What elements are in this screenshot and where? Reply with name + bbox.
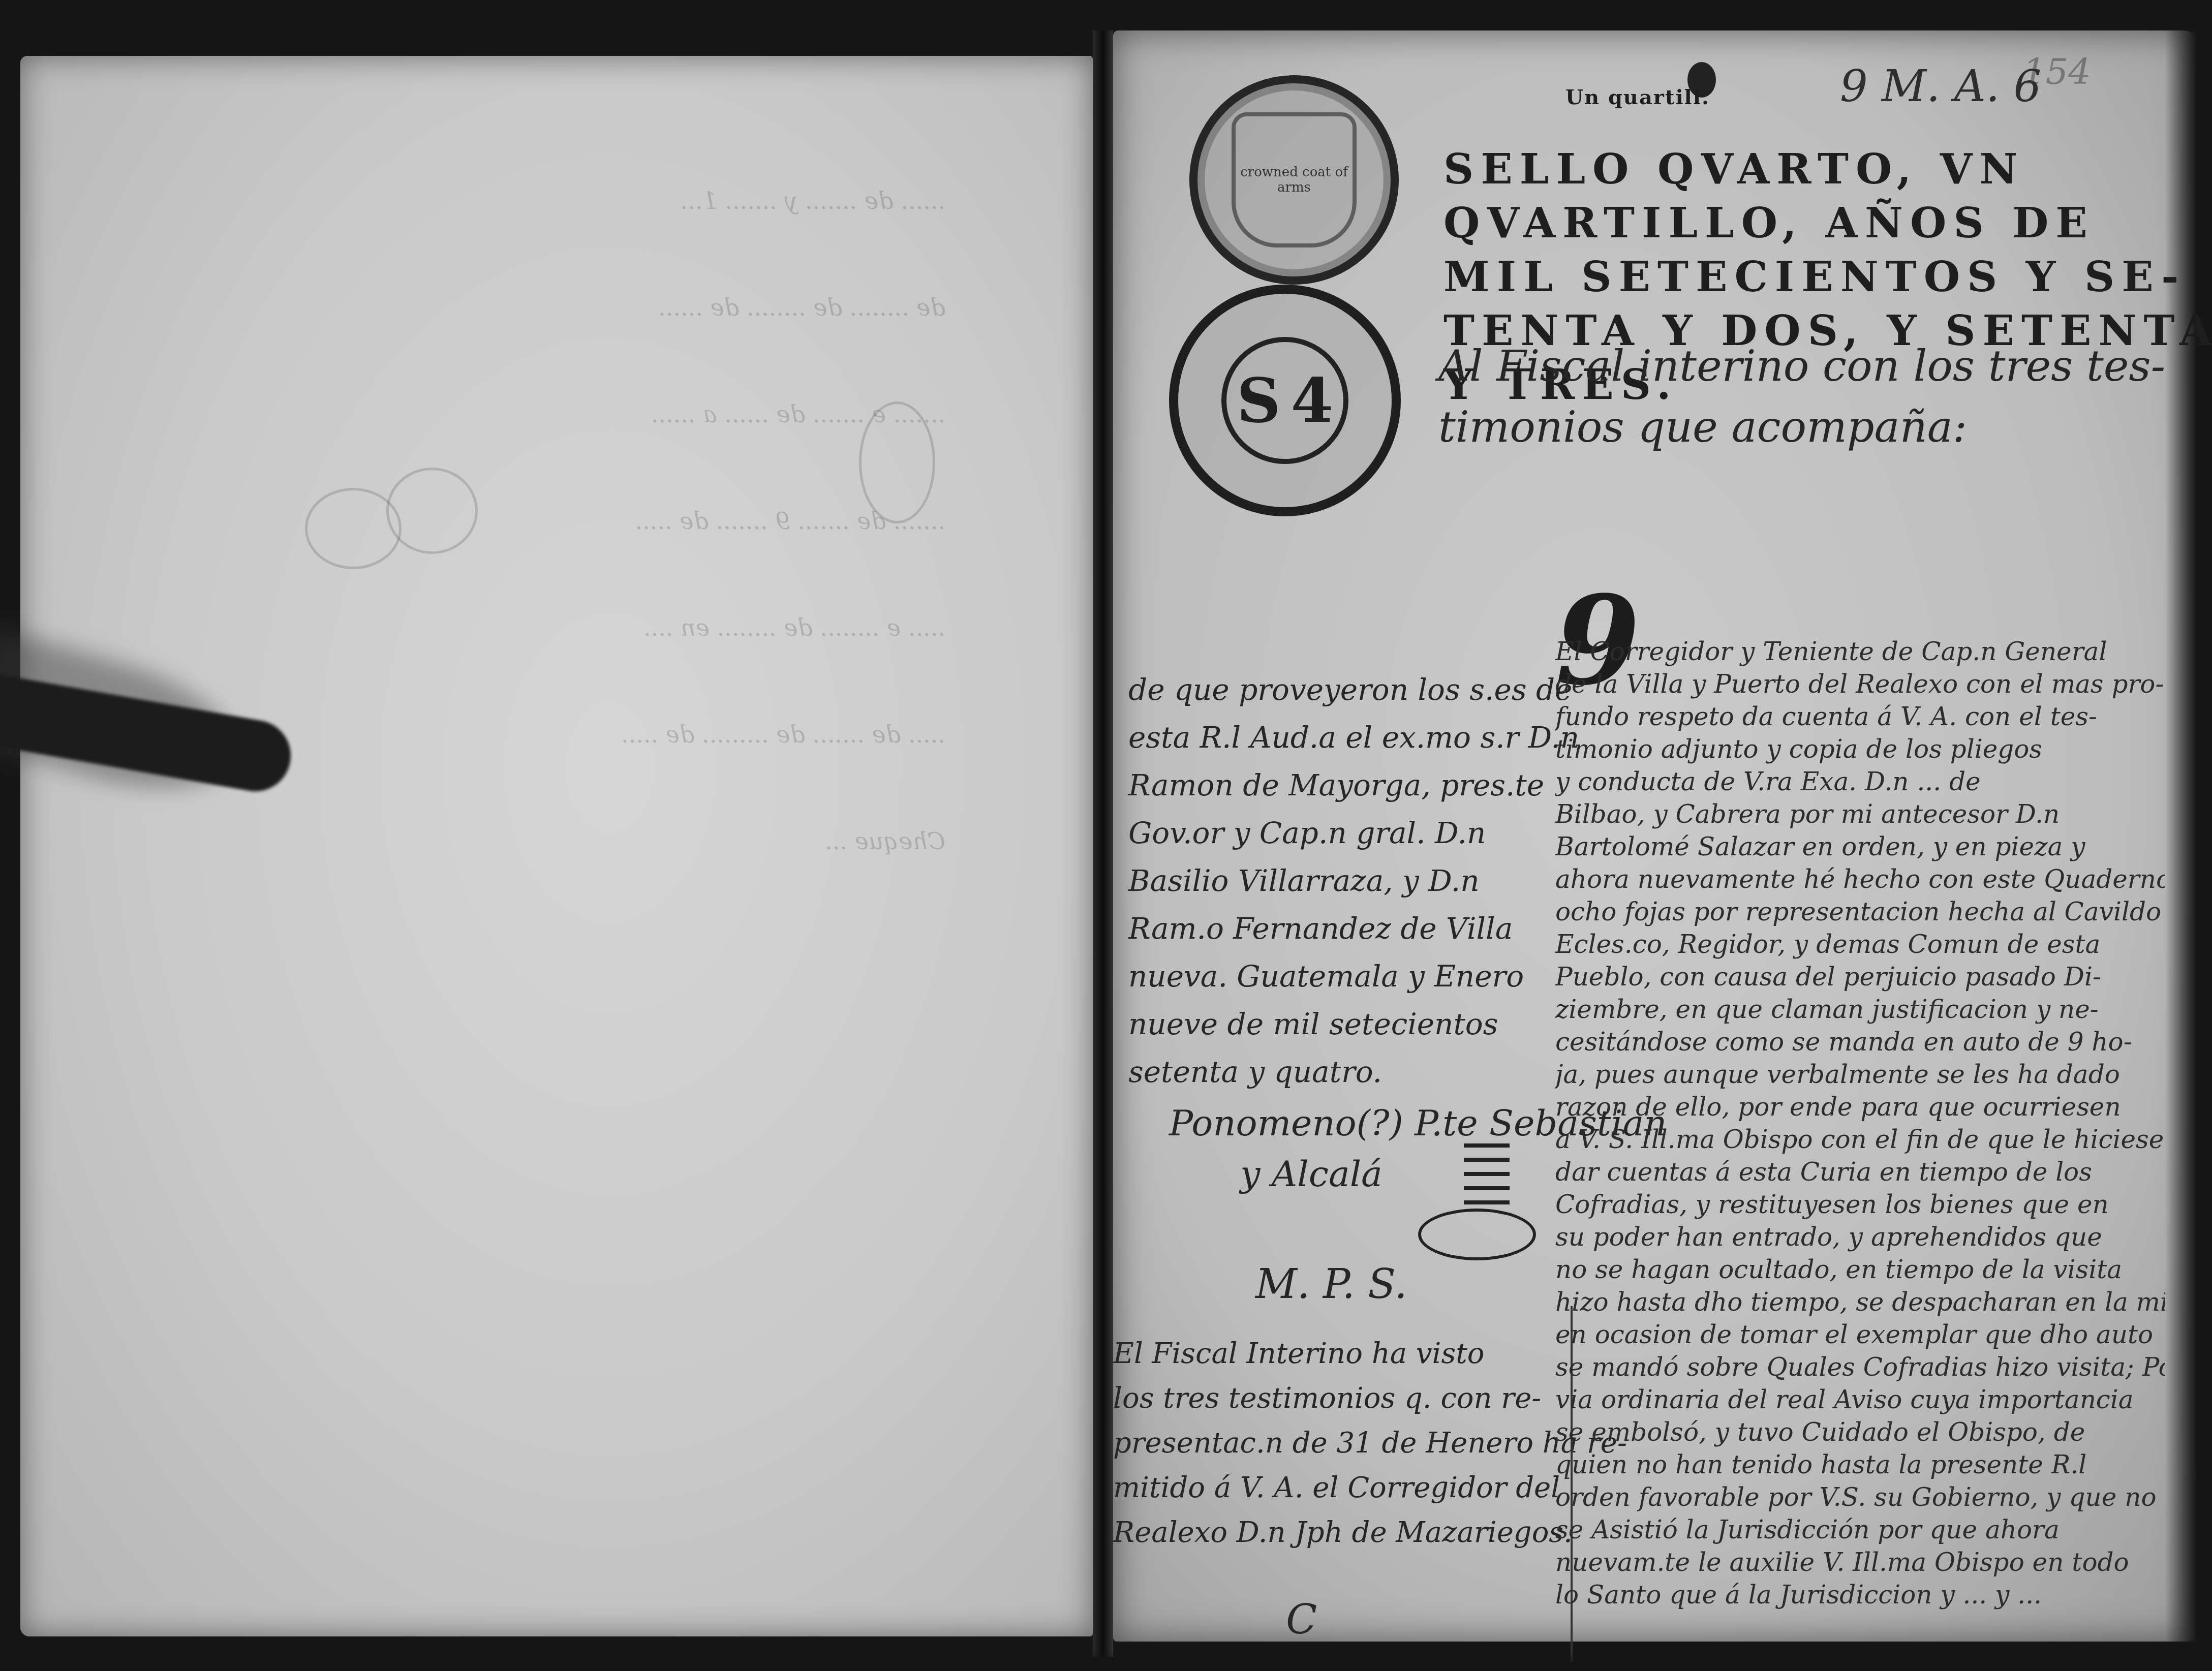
fiscal-opinion: El Fiscal Interino ha visto los tres tes… — [1113, 1332, 1571, 1555]
decree-line: Basilio Villarraza, y D.n — [1128, 857, 1571, 905]
bleed-line: de ........ de ........ de ...... — [234, 290, 945, 325]
main-line: Cofradias, y restituyesen los bienes que… — [1555, 1188, 2165, 1221]
bleed-line: ..... e ........ de ........ en .... — [234, 610, 945, 645]
main-line: Bilbao, y Cabrera por mi antecesor D.n — [1555, 798, 2165, 830]
bleed-line: Cheque ... — [234, 823, 945, 859]
main-line: a V. S. Ill.ma Obispo con el fin de que … — [1555, 1123, 2165, 1156]
main-line: Ecles.co, Regidor, y demas Comun de esta — [1555, 928, 2165, 961]
main-line: nuevam.te le auxilie V. Ill.ma Obispo en… — [1555, 1546, 2165, 1579]
main-line: hizo hasta dho tiempo, se despacharan en… — [1555, 1286, 2165, 1318]
fiscal-line: Realexo D.n Jph de Mazariegos. — [1113, 1510, 1571, 1555]
main-line: de la Villa y Puerto del Realexo con el … — [1555, 668, 2165, 700]
fiscal-line: El Fiscal Interino ha visto — [1113, 1332, 1571, 1376]
bleed-line: ....... e ....... de ...... a ...... — [234, 396, 945, 432]
bleed-line: ..... de ....... de ......... de ..... — [234, 717, 945, 752]
stamp-letter: S — [1237, 365, 1281, 437]
page-edge-shadow — [2165, 30, 2196, 1642]
bleed-line: ...... de ....... y ....... 1... — [234, 183, 945, 219]
decree-line: Ram.o Fernandez de Villa — [1128, 905, 1571, 952]
bleed-flourish-icon — [305, 488, 402, 569]
main-line: su poder han entrado, y aprehendidos que — [1555, 1221, 2165, 1253]
stamp-value: 4 — [1291, 365, 1334, 437]
main-line: no se hagan ocultado, en tiempo de la vi… — [1555, 1253, 2165, 1286]
header-line: SELLO QVARTO, VN — [1443, 142, 2114, 196]
folio-number: 154 — [2023, 51, 2091, 92]
main-line: dar cuentas á esta Curia en tiempo de lo… — [1555, 1156, 2165, 1188]
fiscal-line: mitido á V. A. el Corregidor del — [1113, 1466, 1571, 1510]
signature-rubric-icon — [1418, 1143, 1530, 1260]
main-line: Pueblo, con causa del perjuicio pasado D… — [1555, 961, 2165, 993]
microfilm-frame: ...... de ....... y ....... 1... de ....… — [0, 0, 2212, 1671]
main-line: ja, pues aunque verbalmente se les ha da… — [1555, 1058, 2165, 1091]
main-line: se mandó sobre Quales Cofradias hizo vis… — [1555, 1351, 2165, 1383]
stamp-center: S 4 — [1221, 337, 1348, 464]
frame-bottom-shadow — [0, 1651, 2212, 1671]
main-line: quien no han tenido hasta la presente R.… — [1555, 1448, 2165, 1481]
decree-line: Gov.or y Cap.n gral. D.n — [1128, 809, 1571, 857]
decree-line: setenta y quatro. — [1128, 1048, 1571, 1096]
decree-line: de que proveyeron los s.es de — [1128, 666, 1571, 714]
decree-line: nueve de mil setecientos — [1128, 1000, 1571, 1048]
rubric-strokes — [1464, 1143, 1510, 1215]
main-line: ahora nuevamente hé hecho con este Quade… — [1555, 863, 2165, 895]
value-stamp: S 4 — [1169, 285, 1401, 516]
coat-of-arms-icon: crowned coat of arms — [1232, 112, 1357, 247]
main-line: en ocasion de tomar el exemplar que dho … — [1555, 1318, 2165, 1351]
fiscal-line: presentac.n de 31 de Henero ha re- — [1113, 1421, 1571, 1466]
main-line: se Asistió la Jurisdicción por que ahora — [1555, 1513, 2165, 1546]
left-page: ...... de ....... y ....... 1... de ....… — [20, 56, 1093, 1636]
main-line: fundo respeto da cuenta á V. A. con el t… — [1555, 700, 2165, 733]
sealed-paper-label: Un quartill. — [1565, 85, 1710, 109]
main-line: Bartolomé Salazar en orden, y en pieza y — [1555, 830, 2165, 863]
document-title: Al Fiscal interino con los tres tes- tim… — [1438, 335, 2165, 457]
book-gutter — [1093, 30, 1113, 1657]
fiscal-line: los tres testimonios q. con re- — [1113, 1376, 1571, 1421]
main-line: ziembre, en que claman justificacion y n… — [1555, 993, 2165, 1026]
decree-line: Ramon de Mayorga, pres.te — [1128, 761, 1571, 809]
title-line: timonios que acompaña: — [1438, 396, 2165, 457]
main-line: y conducta de V.ra Exa. D.n ... de — [1555, 765, 2165, 798]
header-line: QVARTILLO, AÑOS DE — [1443, 196, 2114, 250]
main-line: cesitándose como se manda en auto de 9 h… — [1555, 1026, 2165, 1058]
rubric-loop — [1418, 1209, 1536, 1260]
main-line: orden favorable por V.S. su Gobierno, y … — [1555, 1481, 2165, 1513]
main-line: ocho fojas por representacion hecha al C… — [1555, 895, 2165, 928]
bleed-flourish-icon — [859, 401, 935, 523]
bleed-flourish-icon — [386, 468, 478, 554]
header-line: MIL SETECIENTOS Y SE- — [1443, 250, 2114, 304]
fiscal-salutation: M. P. S. — [1255, 1260, 1407, 1308]
main-text-column: El Corregidor y Teniente de Cap.n Genera… — [1555, 635, 2165, 1611]
main-line: via ordinaria del real Aviso cuya import… — [1555, 1383, 2165, 1416]
main-line: se embolsó, y tuvo Cuidado el Obispo, de — [1555, 1416, 2165, 1448]
main-line: El Corregidor y Teniente de Cap.n Genera… — [1555, 635, 2165, 668]
folio-mark: 9 M. A. 6 — [1840, 61, 2041, 112]
margin-decree: de que proveyeron los s.es de esta R.l A… — [1128, 666, 1571, 1096]
closing-rubric: C — [1286, 1596, 1317, 1643]
royal-arms-stamp: crowned coat of arms — [1189, 75, 1399, 285]
decree-line: esta R.l Aud.a el ex.mo s.r D.n — [1128, 714, 1571, 761]
title-line: Al Fiscal interino con los tres tes- — [1438, 335, 2165, 396]
main-line: lo Santo que á la Jurisdiccion y ... y .… — [1555, 1579, 2165, 1611]
pointer-shadow — [0, 625, 300, 793]
decree-line: nueva. Guatemala y Enero — [1128, 952, 1571, 1000]
right-page: 9 M. A. 6 154 Un quartill. SELLO QVARTO,… — [1113, 30, 2196, 1642]
main-line: timonio adjunto y copia de los pliegos — [1555, 733, 2165, 765]
main-line: razon de ello, por ende para que ocurrie… — [1555, 1091, 2165, 1123]
